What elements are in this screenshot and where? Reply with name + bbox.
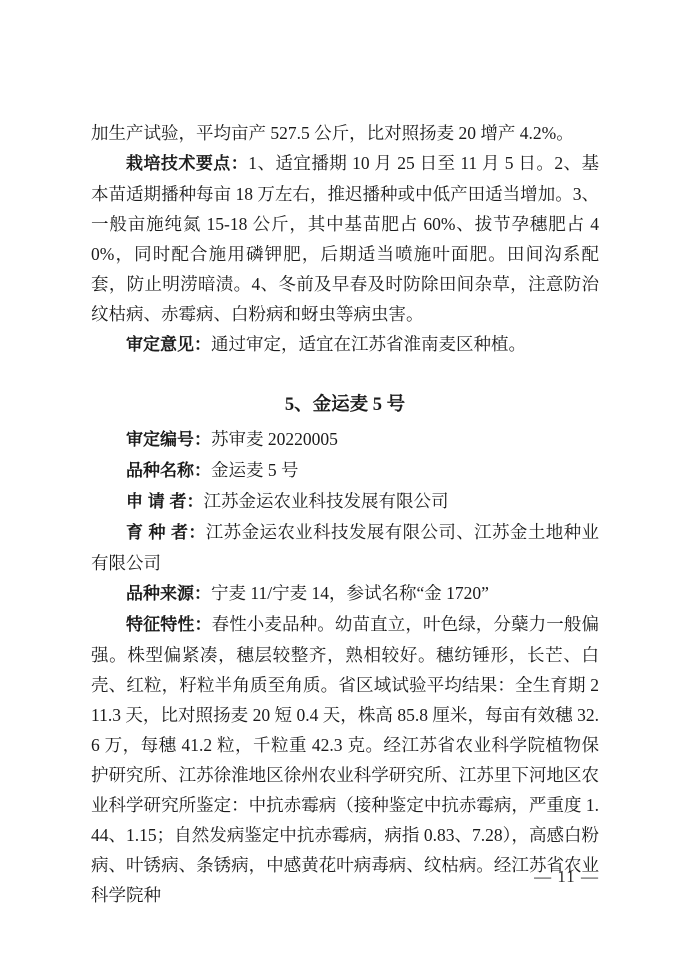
paragraph-text: 1、适宜播期 10 月 25 日至 11 月 5 日。2、基本苗适期播种每亩 1… — [91, 153, 599, 324]
field-row: 品种来源：宁麦 11/宁麦 14，参试名称“金 1720” — [91, 578, 599, 609]
field-row: 审定编号：苏审麦 20220005 — [91, 424, 599, 455]
field-row: 特征特性：春性小麦品种。幼苗直立，叶色绿，分蘖力一般偏强。株型偏紧凑，穗层较整齐… — [91, 609, 599, 910]
field-value: 苏审麦 20220005 — [211, 429, 338, 449]
field-row: 申 请 者：江苏金运农业科技发展有限公司 — [91, 486, 599, 517]
field-value: 江苏金运农业科技发展有限公司 — [203, 491, 448, 511]
field-value: 宁麦 11/宁麦 14，参试名称“金 1720” — [211, 583, 489, 603]
paragraph: 栽培技术要点：1、适宜播期 10 月 25 日至 11 月 5 日。2、基本苗适… — [91, 148, 599, 329]
section-heading: 5、金运麦 5 号 — [91, 390, 599, 420]
field-row: 品种名称：金运麦 5 号 — [91, 455, 599, 486]
paragraph: 加生产试验，平均亩产 527.5 公斤，比对照扬麦 20 增产 4.2%。 — [91, 118, 599, 148]
document-page: 加生产试验，平均亩产 527.5 公斤，比对照扬麦 20 增产 4.2%。 栽培… — [0, 0, 690, 975]
field-label: 申 请 者： — [126, 492, 203, 511]
paragraph-label: 栽培技术要点： — [126, 154, 248, 173]
paragraph: 审定意见：通过审定，适宜在江苏省淮南麦区种植。 — [91, 329, 599, 360]
field-label: 特征特性： — [126, 615, 212, 634]
page-number: — 11 — — [534, 862, 599, 892]
paragraph-label: 审定意见： — [126, 335, 211, 354]
field-row: 育 种 者：江苏金运农业科技发展有限公司、江苏金土地种业有限公司 — [91, 517, 599, 578]
field-label: 育 种 者： — [126, 523, 206, 542]
page-content: 加生产试验，平均亩产 527.5 公斤，比对照扬麦 20 增产 4.2%。 栽培… — [91, 118, 599, 910]
field-label: 品种名称： — [126, 461, 211, 480]
field-value: 春性小麦品种。幼苗直立，叶色绿，分蘖力一般偏强。株型偏紧凑，穗层较整齐，熟相较好… — [91, 614, 599, 905]
field-value: 金运麦 5 号 — [211, 460, 299, 480]
field-label: 审定编号： — [126, 430, 211, 449]
paragraph-text: 加生产试验，平均亩产 527.5 公斤，比对照扬麦 20 增产 4.2%。 — [91, 123, 574, 143]
field-label: 品种来源： — [126, 584, 211, 603]
paragraph-text: 通过审定，适宜在江苏省淮南麦区种植。 — [211, 334, 526, 354]
